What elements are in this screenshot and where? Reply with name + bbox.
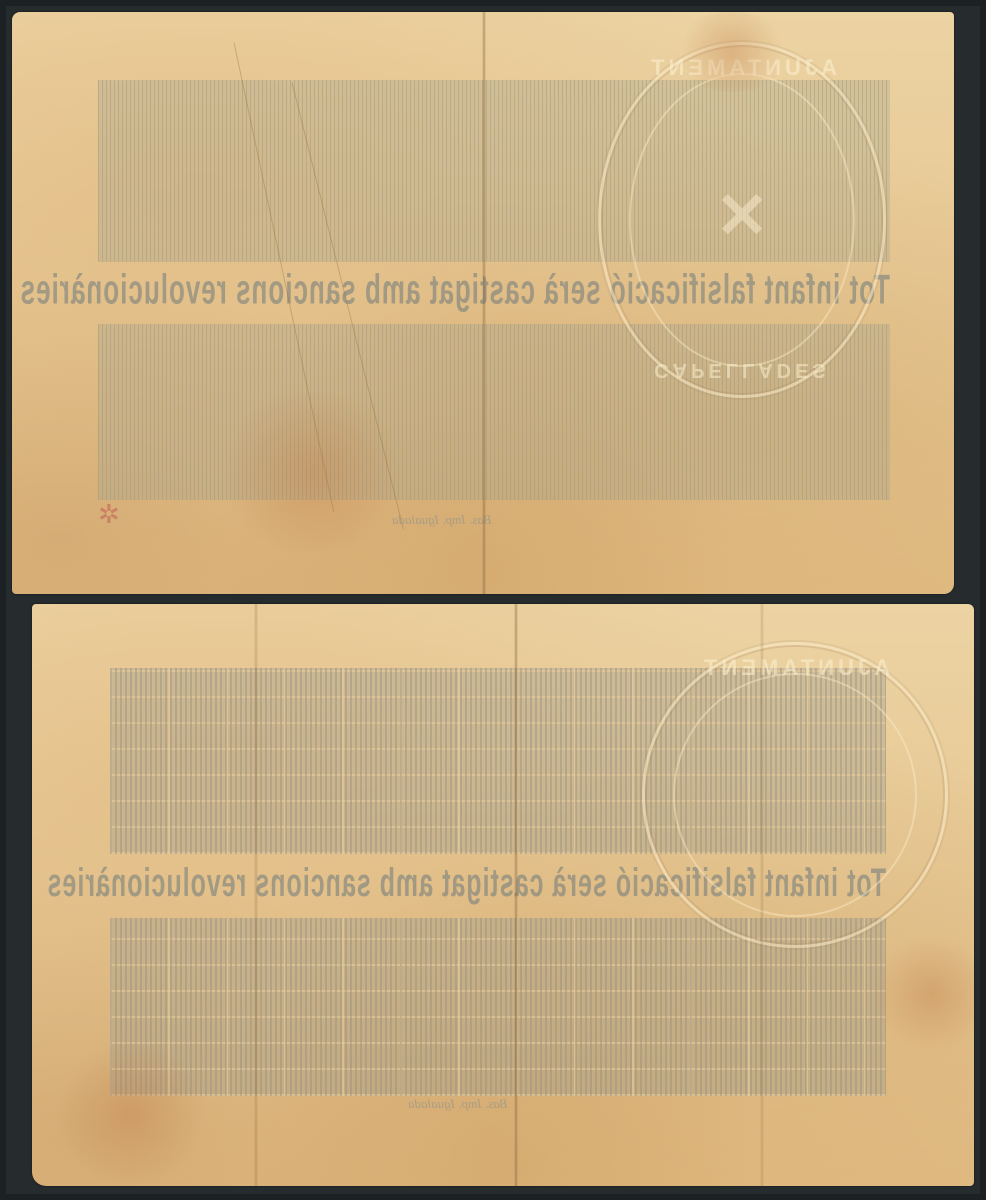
stain <box>872 934 974 1054</box>
star-ornament: ✲ <box>98 502 120 528</box>
stain <box>212 392 412 552</box>
vertical-fold <box>760 604 764 1186</box>
seal-inner-ring <box>673 673 917 917</box>
seal-emblem-icon: ✕ <box>715 179 769 253</box>
embossed-seal: AJUNTAMENT <box>642 642 948 948</box>
stain <box>52 1044 212 1184</box>
vertical-fold <box>482 12 486 594</box>
embossed-seal: AJUNTAMENT ✕ CAPELLADES <box>598 42 886 398</box>
seal-bottom-text: CAPELLADES <box>601 358 883 381</box>
stain <box>672 12 792 92</box>
printer-imprint: Bas. Imp. Igualada <box>392 512 492 528</box>
banknote-top: Tot infant falsificació serà castigat am… <box>12 12 954 594</box>
banknote-bottom: Tot infant falsificació serà castigat am… <box>32 604 974 1186</box>
printer-imprint: Bas. Imp. Igualada <box>408 1096 508 1112</box>
vertical-fold <box>514 604 518 1186</box>
seal-top-text: AJUNTAMENT <box>645 655 945 681</box>
vertical-fold <box>254 604 258 1186</box>
